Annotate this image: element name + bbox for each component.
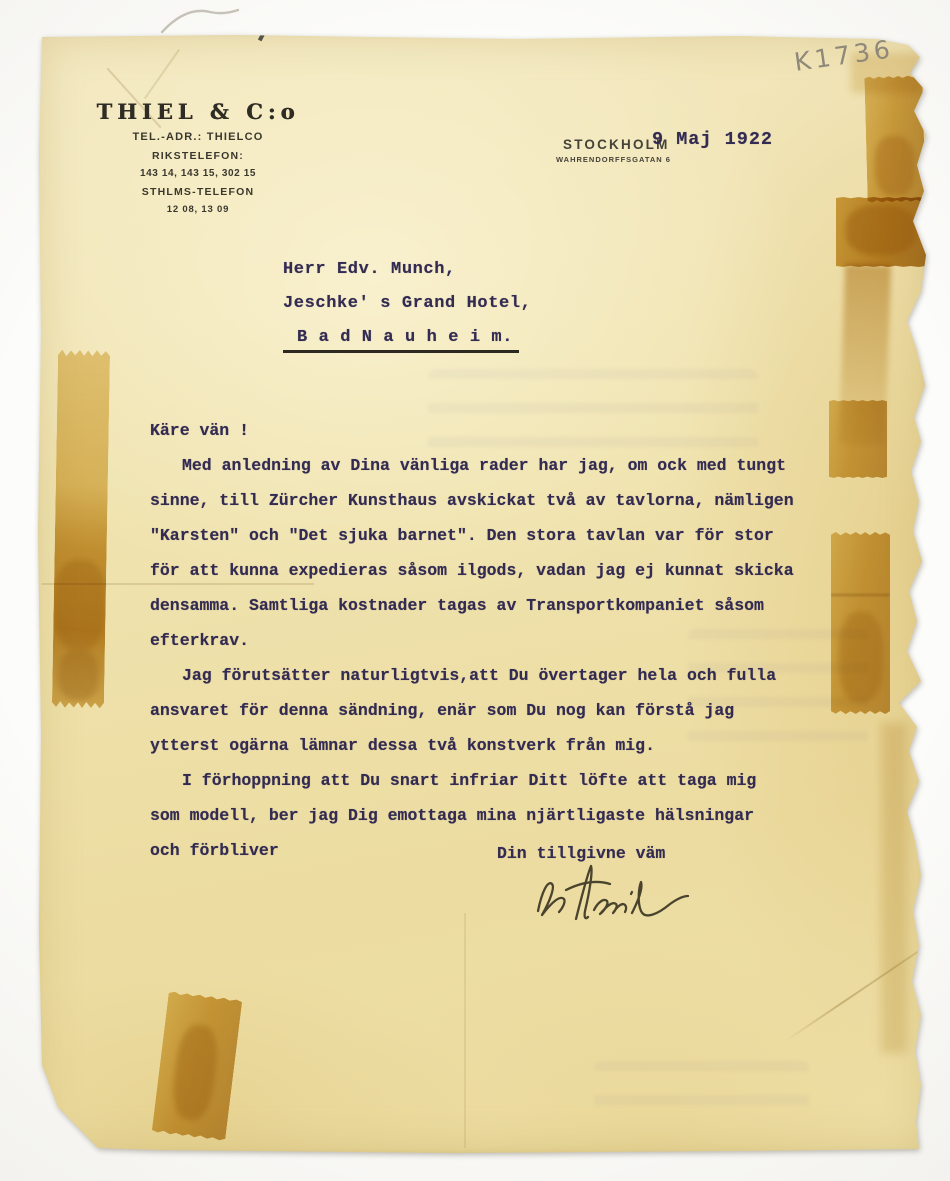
recipient-name: Herr Edv. Munch, bbox=[283, 260, 531, 294]
tape-stain bbox=[874, 136, 916, 197]
edge-stain-streak bbox=[881, 723, 907, 1053]
crease-line bbox=[464, 913, 466, 1148]
body-line: ansvaret för denna sändning, enär som Du… bbox=[150, 701, 850, 736]
rikstelefon-numbers: 143 14, 143 15, 302 15 bbox=[82, 168, 314, 179]
body-line: för att kunna expedieras såsom ilgods, v… bbox=[150, 561, 850, 596]
body-line: "Karsten" och "Det sjuka barnet". Den st… bbox=[150, 526, 850, 561]
body-line: som modell, ber jag Dig emottaga mina nj… bbox=[150, 806, 850, 841]
tape-top-right-block bbox=[836, 197, 926, 267]
bleedthrough-ghost bbox=[594, 1061, 809, 1119]
telegram-address: TEL.-ADR.: THIELCO bbox=[82, 131, 314, 143]
body-line: Jag förutsätter naturligtvis,att Du över… bbox=[150, 666, 850, 701]
letterhead: THIEL & C:o TEL.-ADR.: THIELCO RIKSTELEF… bbox=[82, 99, 314, 215]
scanned-letter-document: K1736 THIEL & C:o TEL.-ADR.: THIELCO RIK… bbox=[0, 0, 950, 1181]
body-line: densamma. Samtliga kostnader tagas av Tr… bbox=[150, 596, 850, 631]
body-line: I förhoppning att Du snart infriar Ditt … bbox=[150, 771, 850, 806]
recipient-hotel: Jeschke' s Grand Hotel, bbox=[283, 294, 531, 328]
crease-line bbox=[144, 49, 180, 99]
crease-line bbox=[783, 910, 950, 1043]
letter-body: Käre vän ! Med anledning av Dina vänliga… bbox=[150, 421, 850, 876]
paper-shadow-wrap: K1736 THIEL & C:o TEL.-ADR.: THIELCO RIK… bbox=[0, 0, 950, 1181]
body-line: ytterst ogärna lämnar dessa två konstver… bbox=[150, 736, 850, 771]
tape-stain bbox=[53, 560, 107, 651]
tape-stain bbox=[58, 650, 99, 701]
body-line: Med anledning av Dina vänliga rader har … bbox=[150, 456, 850, 491]
dateline-date: 9 Maj 1922 bbox=[652, 129, 773, 150]
tape-stain bbox=[170, 1023, 221, 1122]
sthlms-telefon-numbers: 12 08, 13 09 bbox=[82, 204, 314, 215]
edge-nick-mark bbox=[258, 31, 266, 42]
tape-left-strip bbox=[52, 350, 110, 709]
company-name: THIEL & C:o bbox=[82, 99, 314, 124]
body-line: sinne, till Zürcher Kunsthaus avskickat … bbox=[150, 491, 850, 526]
signature-ink-strokes bbox=[530, 859, 710, 935]
rikstelefon-label: RIKSTELEFON: bbox=[82, 150, 314, 162]
recipient-address: Herr Edv. Munch, Jeschke' s Grand Hotel,… bbox=[283, 260, 531, 362]
tape-bottom-left bbox=[152, 991, 243, 1141]
body-line: efterkrav. bbox=[150, 631, 850, 666]
tape-top-right-strip bbox=[864, 75, 925, 202]
recipient-city-underlined: B a d N a u h e i m. bbox=[283, 328, 519, 353]
handwritten-signature: E Thiel bbox=[530, 859, 710, 935]
tape-stain bbox=[846, 205, 916, 255]
dateline-street: WAHRENDORFFSGATAN 6 bbox=[556, 155, 671, 164]
salutation: Käre vän ! bbox=[150, 421, 850, 456]
letter-sheet: K1736 THIEL & C:o TEL.-ADR.: THIELCO RIK… bbox=[36, 33, 926, 1153]
sthlms-telefon-label: STHLMS-TELEFON bbox=[82, 186, 314, 198]
